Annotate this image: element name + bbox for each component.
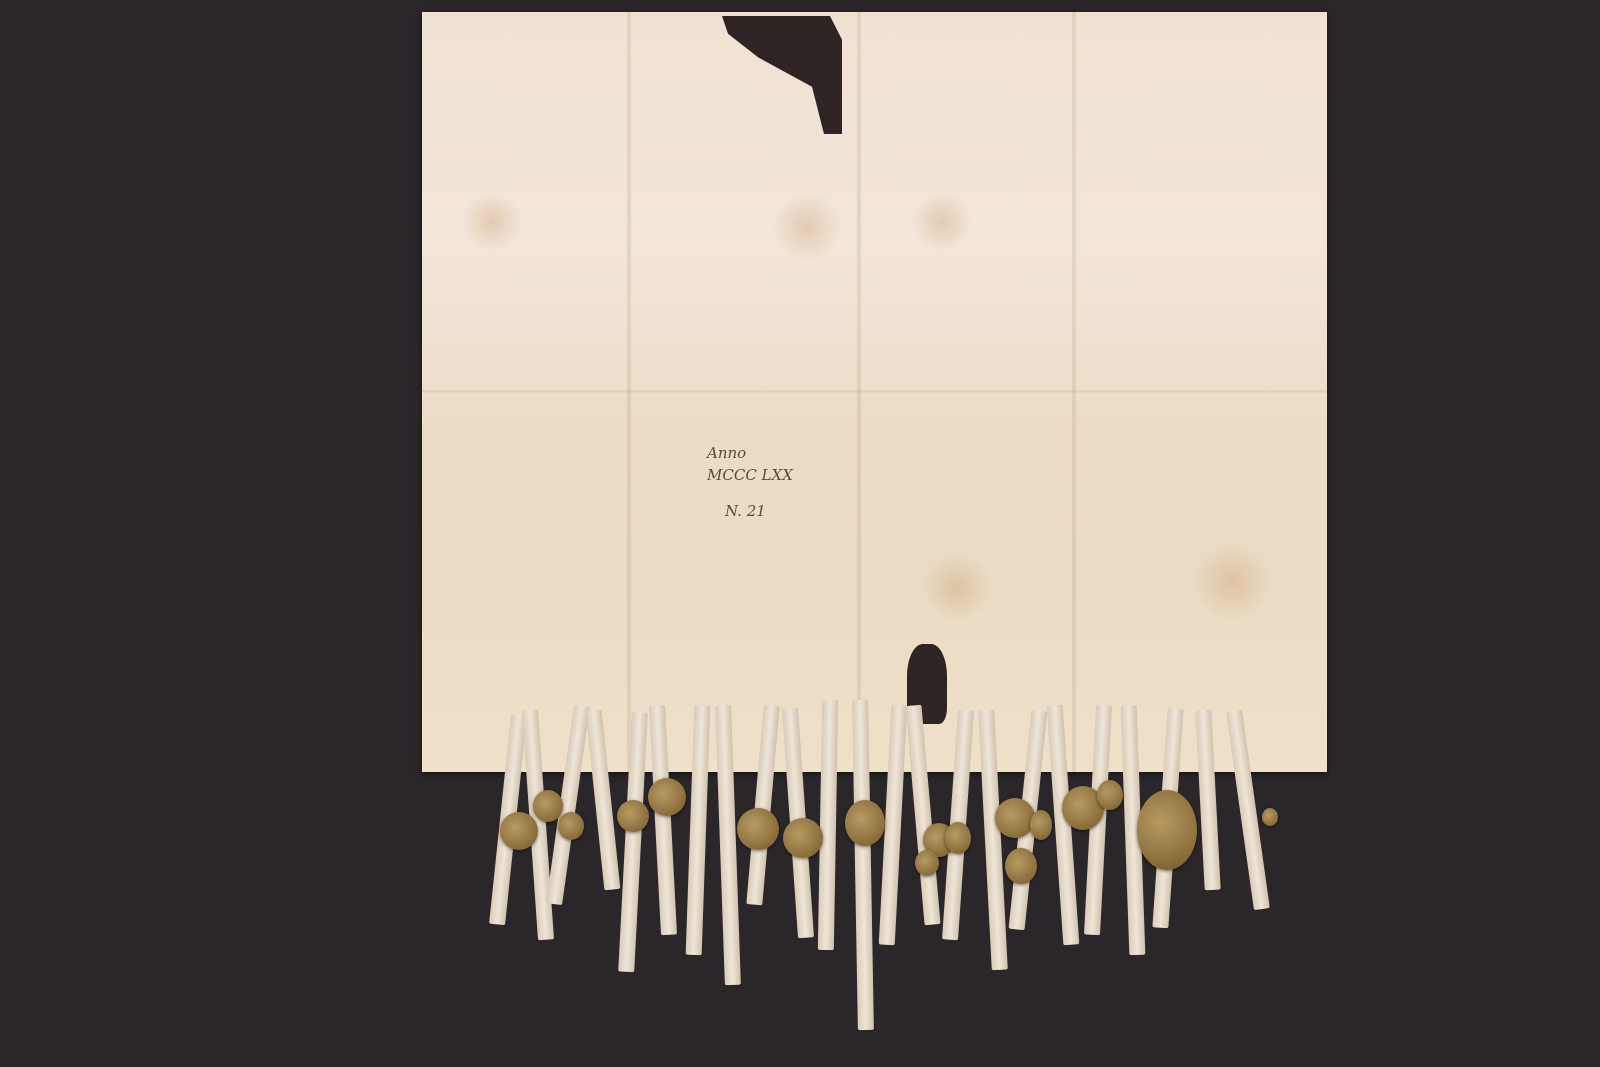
wax-seal: [1005, 848, 1037, 884]
wax-seal: [737, 808, 779, 850]
wax-seal: [533, 790, 563, 822]
wax-seal: [945, 822, 971, 854]
wax-seal: [1262, 808, 1278, 826]
annotation-line: Anno: [707, 442, 793, 464]
stain: [772, 192, 842, 262]
wax-seal: [500, 812, 538, 850]
vertical-fold-line: [857, 12, 861, 772]
vertical-fold-line: [1072, 12, 1076, 772]
wax-seal: [1137, 790, 1197, 870]
wax-seal: [558, 812, 584, 840]
stain: [922, 552, 992, 622]
wax-seal: [915, 850, 939, 876]
wax-seal: [617, 800, 649, 832]
date-annotation: Anno MCCC LXX N. 21: [707, 442, 793, 522]
stain: [912, 192, 972, 252]
stain: [1192, 542, 1272, 622]
torn-hole-top: [722, 16, 842, 134]
annotation-line: MCCC LXX: [707, 464, 793, 486]
wax-seal: [1030, 810, 1052, 840]
wax-seal: [648, 778, 686, 816]
parchment-document: Anno MCCC LXX N. 21: [422, 12, 1327, 772]
wax-seal: [845, 800, 885, 846]
wax-seal: [1097, 780, 1123, 810]
annotation-line: N. 21: [707, 500, 793, 522]
horizontal-fold-line: [422, 390, 1327, 396]
stain: [462, 192, 522, 252]
strap: [818, 700, 838, 950]
wax-seal: [995, 798, 1035, 838]
wax-seal: [783, 818, 823, 858]
vertical-fold-line: [627, 12, 631, 772]
